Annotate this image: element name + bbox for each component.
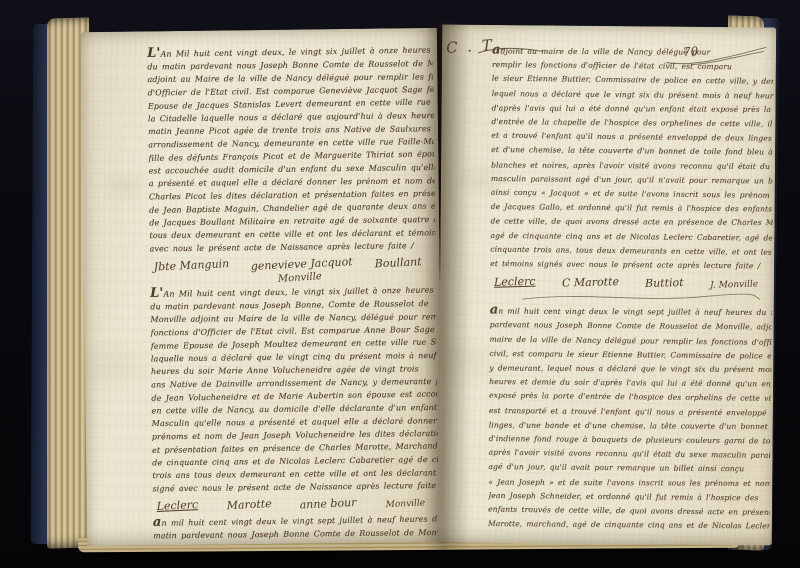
witness-signature: Leclerc	[494, 275, 536, 289]
manuscript-line: cinquante trois ans, tous deux demeurant…	[490, 242, 772, 259]
left-page-text-column: L'An Mil huit cent vingt deux, le vingt …	[147, 43, 439, 541]
declarant-signature: anne bour	[300, 496, 357, 512]
register-book: L'An Mil huit cent vingt deux, le vingt …	[32, 14, 776, 554]
paraph-flourish-stroke	[476, 45, 546, 60]
manuscript-line: et d'une chemise, la tête couverte d'un …	[491, 143, 773, 160]
manuscript-line: tous deux demeurant en cette ville et on…	[149, 226, 435, 242]
manuscript-line: Masculin qu'elle nous a présenté et auqu…	[152, 414, 438, 430]
act-body: an mil huit cent vingt deux le vingt sep…	[153, 512, 439, 541]
act-body: L'An Mil huit cent vingt deux, le vingt …	[150, 283, 439, 495]
act-body: L'An Mil huit cent vingt deux, le vingt …	[147, 43, 436, 255]
manuscript-line: agé d'un jour, qu'il avait pour remarque…	[488, 460, 770, 477]
witness-signature: Jbte Manguin	[153, 257, 229, 274]
signatures-row: Leclerc C Marotte Buttiot J. Monville	[490, 271, 772, 290]
witness-signature: Marotte	[226, 497, 272, 512]
manuscript-line: maire de la ville de Nancy délégué pour …	[489, 332, 771, 349]
signatures-row: Leclerc Marotte anne bour Monville	[153, 492, 439, 512]
manuscript-line: heures du soir Marie Anne Volucheneidre …	[151, 362, 437, 378]
birth-act-charles-picot: L'An Mil huit cent vingt deux, le vingt …	[147, 43, 436, 283]
manuscript-line: Marotte, marchand, agé de cinquante cinq…	[488, 517, 770, 534]
manuscript-line: adjoint au Maire de la ville de Nancy dé…	[147, 70, 433, 86]
right-page: C.T. 70 adjoint au maire de la ville de …	[438, 25, 777, 546]
witness-signature: Leclerc	[156, 498, 198, 513]
manuscript-line: blanches et noires, après l'avoir visité…	[491, 158, 773, 174]
ink-flourish-stroke	[662, 40, 772, 71]
manuscript-line: matin Jeanne Picot agée de trente trois …	[148, 122, 434, 138]
witness-signature: C Marotte	[562, 275, 619, 289]
manuscript-line: de cette ville, de quoi avons dressé act…	[491, 215, 773, 231]
manuscript-line: an mil huit cent vingt deux le vingt sep…	[490, 304, 772, 321]
manuscript-line: a présenté et auquel elle a déclaré donn…	[149, 174, 435, 190]
ink-divider-flourish	[520, 291, 762, 303]
manuscript-line: d'après l'avis qui lui a été donné qu'un…	[492, 101, 774, 117]
birth-act-jean-joseph-volucheneidre: L'An Mil huit cent vingt deux, le vingt …	[150, 283, 439, 512]
manuscript-line: Monville adjoint au Maire de la ville de…	[150, 310, 436, 326]
act-body: adjoint au maire de la ville de Nancy dé…	[490, 43, 774, 274]
foundling-act-jacques-gallo: adjoint au maire de la ville de Nancy dé…	[490, 43, 774, 291]
left-page: L'An Mil huit cent vingt deux, le vingt …	[81, 28, 443, 546]
foundling-act-jean-joseph-schneider: an mil huit cent vingt deux le vingt sep…	[488, 303, 772, 534]
official-signature: Monville	[385, 498, 425, 510]
photograph-background: L'An Mil huit cent vingt deux, le vingt …	[0, 0, 800, 568]
birth-act-partial-start: an mil huit cent vingt deux le vingt sep…	[153, 512, 439, 541]
manuscript-line: trois ans tous deux demeurant en cette v…	[152, 466, 438, 482]
manuscript-line: y demeurant, lequel nous a déclaré que l…	[489, 362, 771, 378]
right-page-text-column: adjoint au maire de la ville de Nancy dé…	[488, 43, 774, 541]
official-signature: J. Monville	[710, 280, 758, 291]
act-body: an mil huit cent vingt deux le vingt sep…	[488, 303, 772, 534]
manuscript-line: « Jean Joseph » et de suite l'avons insc…	[488, 475, 770, 491]
manuscript-line: linges, d'une bande et d'une chemise, la…	[489, 418, 771, 434]
declarant-signature: Buttiot	[645, 276, 684, 290]
